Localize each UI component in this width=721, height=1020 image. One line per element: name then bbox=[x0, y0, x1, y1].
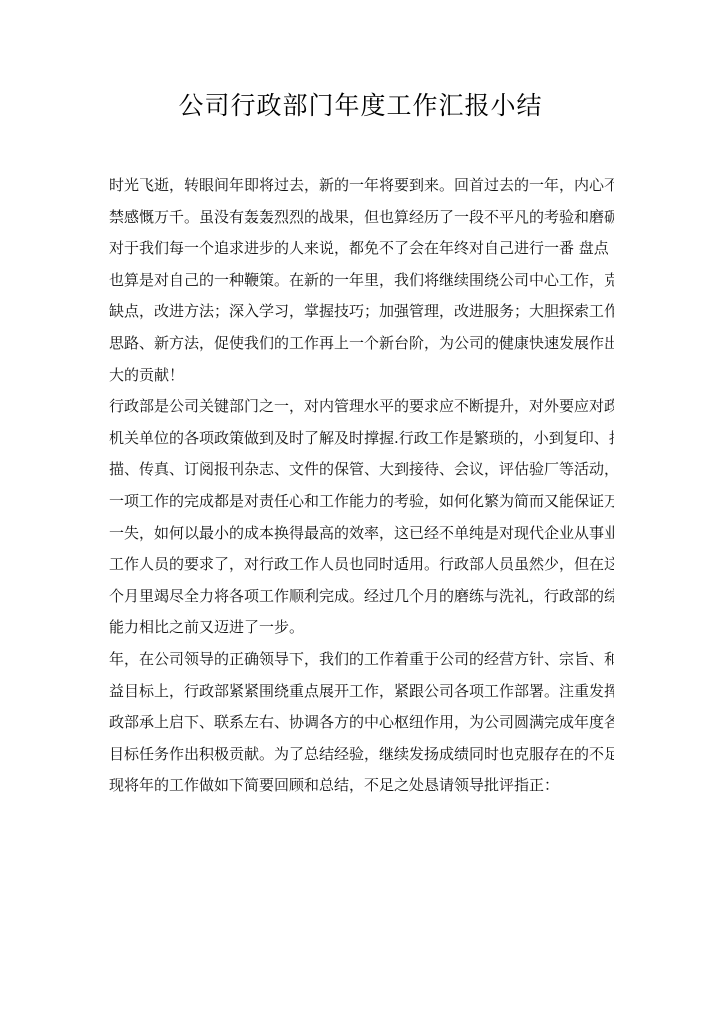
body-line: 大的贡献！ bbox=[109, 360, 614, 392]
body-line: 对于我们每一个追求进步的人来说，都免不了会在年终对自己进行一番 盘点 ， bbox=[109, 233, 614, 265]
body-line: 工作人员的要求了，对行政工作人员也同时适用。行政部人员虽然少，但在这几 bbox=[109, 549, 614, 581]
document-title: 公司行政部门年度工作汇报小结 bbox=[0, 88, 721, 124]
body-line: 也算是对自己的一种鞭策。在新的一年里，我们将继续围绕公司中心工作，克服 bbox=[109, 265, 614, 297]
body-line: 描、传真、订阅报刊杂志、文件的保管、大到接待、会议，评估验厂等活动，每 bbox=[109, 454, 614, 486]
body-line: 目标任务作出积极贡献。为了总结经验，继续发扬成绩同时也克服存在的不足， bbox=[109, 739, 614, 771]
body-line: 能力相比之前又迈进了一步。 bbox=[109, 612, 614, 644]
body-line: 现将年的工作做如下简要回顾和总结，不足之处恳请领导批评指正： bbox=[109, 770, 614, 802]
body-line: 思路、新方法，促使我们的工作再上一个新台阶，为公司的健康快速发展作出更 bbox=[109, 328, 614, 360]
body-line: 个月里竭尽全力将各项工作顺利完成。经过几个月的磨练与洗礼，行政部的综合 bbox=[109, 581, 614, 613]
body-line: 时光飞逝，转眼间年即将过去，新的一年将要到来。回首过去的一年，内心不 bbox=[109, 170, 614, 202]
body-line: 行政部是公司关键部门之一，对内管理水平的要求应不断提升，对外要应对政府 bbox=[109, 391, 614, 423]
body-line: 机关单位的各项政策做到及时了解及时撑握.行政工作是繁琐的，小到复印、扫 bbox=[109, 423, 614, 455]
document-body: 时光飞逝，转眼间年即将过去，新的一年将要到来。回首过去的一年，内心不 禁感慨万千… bbox=[109, 170, 614, 802]
body-line: 益目标上，行政部紧紧围绕重点展开工作，紧跟公司各项工作部署。注重发挥行 bbox=[109, 676, 614, 708]
body-line: 缺点，改进方法；深入学习，掌握技巧；加强管理，改进服务；大胆探索工作新 bbox=[109, 296, 614, 328]
body-line: 一失，如何以最小的成本换得最高的效率，这已经不单纯是对现代企业从事业务 bbox=[109, 518, 614, 550]
body-line: 政部承上启下、联系左右、协调各方的中心枢纽作用，为公司圆满完成年度各项 bbox=[109, 707, 614, 739]
body-line: 年，在公司领导的正确领导下，我们的工作着重于公司的经营方针、宗旨、和效 bbox=[109, 644, 614, 676]
body-line: 禁感慨万千。虽没有轰轰烈烈的战果，但也算经历了一段不平凡的考验和磨砺。 bbox=[109, 202, 614, 234]
body-line: 一项工作的完成都是对责任心和工作能力的考验，如何化繁为简而又能保证万无 bbox=[109, 486, 614, 518]
